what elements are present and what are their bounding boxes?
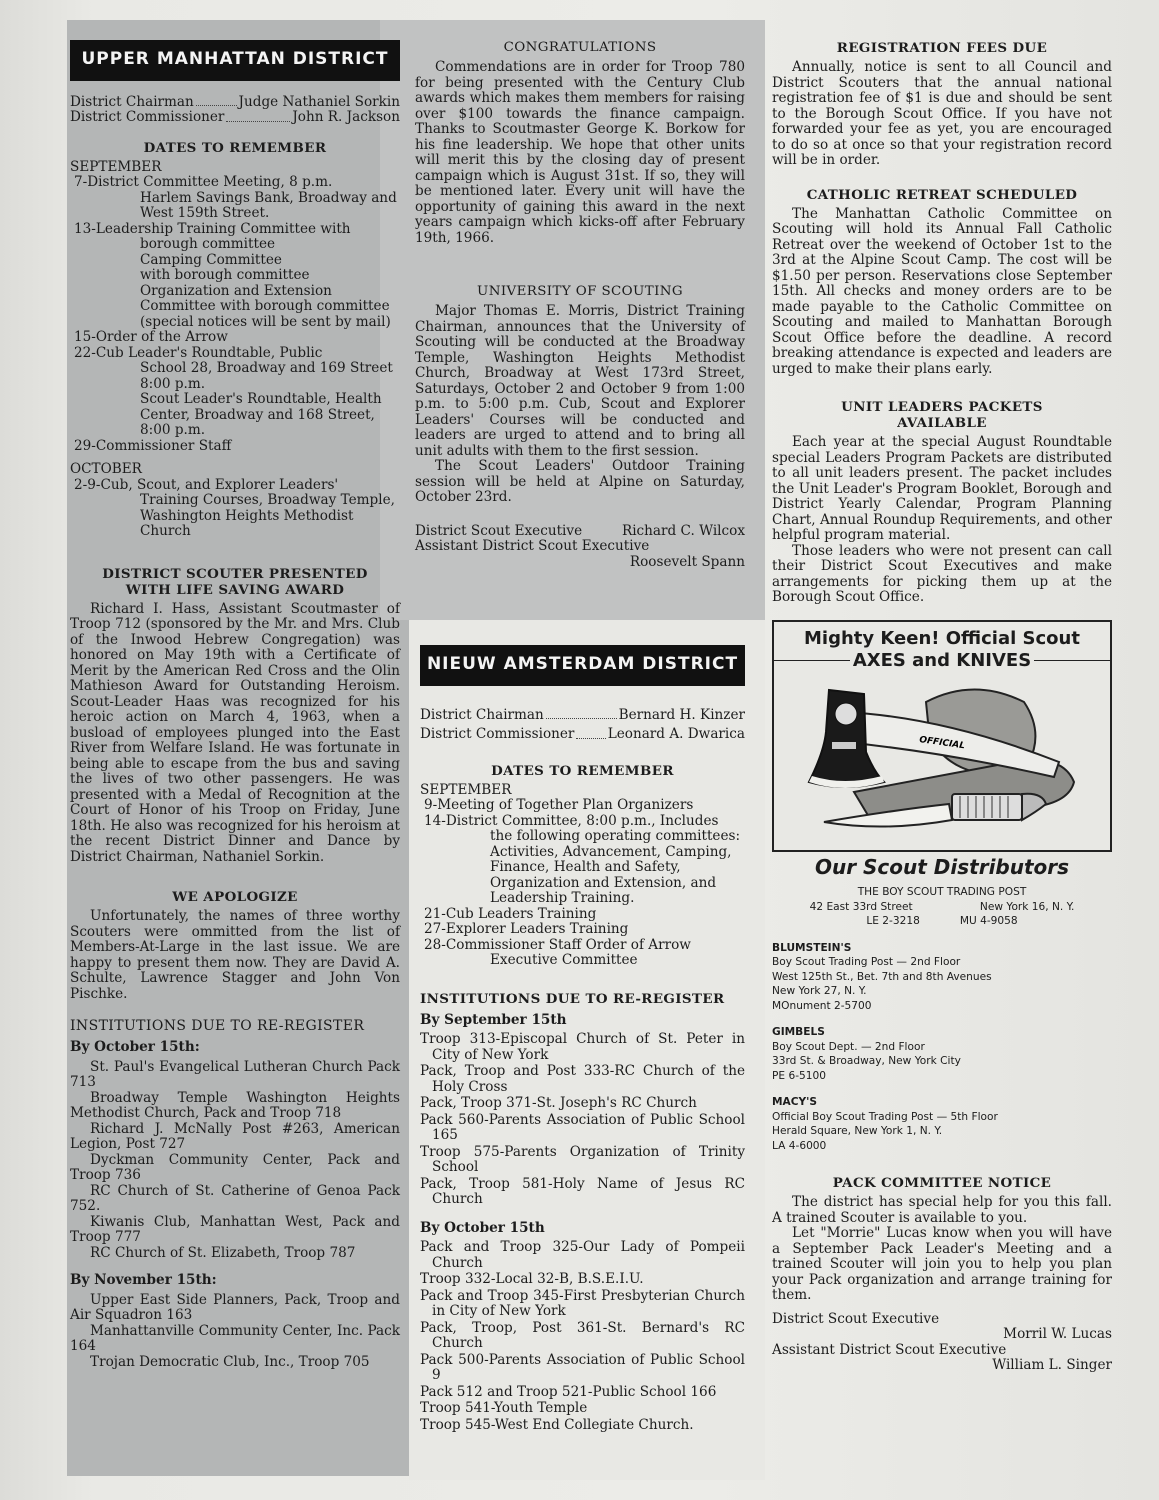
officer-commissioner: District CommissionerJohn R. Jackson xyxy=(70,110,400,126)
store-list: BLUMSTEIN'SBoy Scout Trading Post — 2nd … xyxy=(772,941,1112,1154)
date-entry-detail: 8:00 p.m. xyxy=(70,377,400,393)
institution-item: Upper East Side Planners, Pack, Troop an… xyxy=(70,1293,400,1324)
university-exec: District Scout Executive Richard C. Wilc… xyxy=(415,524,745,540)
officer-name: John R. Jackson xyxy=(292,110,400,126)
institution-item: Broadway Temple Washington Heights Metho… xyxy=(70,1091,400,1122)
date-entry-detail: Church xyxy=(70,524,400,540)
packets-body-2: Those leaders who were not present can c… xyxy=(772,544,1112,606)
institution-item: Kiwanis Club, Manhattan West, Pack and T… xyxy=(70,1215,400,1246)
pack-notice-body-2: Let "Morrie" Lucas know when you will ha… xyxy=(772,1226,1112,1304)
date-entry: 15-Order of the Arrow xyxy=(70,330,400,346)
dates-heading: DATES TO REMEMBER xyxy=(70,140,400,156)
pack-notice-heading: PACK COMMITTEE NOTICE xyxy=(772,1175,1112,1191)
officer-chairman: District ChairmanJudge Nathaniel Sorkin xyxy=(70,95,400,111)
pack-asst-name: William L. Singer xyxy=(772,1358,1112,1374)
university-asst-name: Roosevelt Spann xyxy=(415,555,745,571)
university-asst-role: Assistant District Scout Executive xyxy=(415,539,745,555)
fees-body: Annually, notice is sent to all Council … xyxy=(772,60,1112,169)
congrats-heading: CONGRATULATIONS xyxy=(415,40,745,56)
date-entry: 22-Cub Leader's Roundtable, Public xyxy=(70,346,400,362)
september-dates-list: 9-Meeting of Together Plan Organizers14-… xyxy=(420,798,745,969)
date-entry-detail: Organization and Extension, and xyxy=(420,876,745,892)
award-body: Richard I. Hass, Assistant Scoutmaster o… xyxy=(70,602,400,866)
award-heading: DISTRICT SCOUTER PRESENTED WITH LIFE SAV… xyxy=(70,566,400,598)
institution-item: Manhattanville Community Center, Inc. Pa… xyxy=(70,1324,400,1355)
institution-item: Troop 545-West End Collegiate Church. xyxy=(420,1418,745,1434)
pack-exec-name: Morril W. Lucas xyxy=(772,1327,1112,1343)
institution-item: Dyckman Community Center, Pack and Troop… xyxy=(70,1153,400,1184)
distributors-list: THE BOY SCOUT TRADING POST 42 East 33rd … xyxy=(772,885,1112,1153)
left-column: UPPER MANHATTAN DISTRICT District Chairm… xyxy=(70,40,400,1376)
reregister-list: By September 15thTroop 313-Episcopal Chu… xyxy=(420,1013,745,1441)
date-entry-detail: Activities, Advancement, Camping, xyxy=(420,845,745,861)
institution-item: Troop 575-Parents Organization of Trinit… xyxy=(420,1145,745,1176)
date-entry-detail: 8:00 p.m. xyxy=(70,423,400,439)
date-entry-detail: Leadership Training. xyxy=(420,891,745,907)
date-entry: 13-Leadership Training Committee with xyxy=(70,222,400,238)
officer-role: District Commissioner xyxy=(70,110,224,126)
newsletter-page: UPPER MANHATTAN DISTRICT District Chairm… xyxy=(0,0,1159,1500)
date-entry-detail: (special notices will be sent by mail) xyxy=(70,315,400,331)
axes-knives-ad: Mighty Keen! Official Scout AXES and KNI… xyxy=(772,620,1112,852)
apologize-heading: WE APOLOGIZE xyxy=(70,889,400,905)
store-entry: GIMBELSBoy Scout Dept. — 2nd Floor33rd S… xyxy=(772,1025,1112,1083)
apologize-body: Unfortunately, the names of three worthy… xyxy=(70,909,400,1002)
institution-item: Troop 541-Youth Temple xyxy=(420,1401,745,1417)
pack-asst-role: Assistant District Scout Executive xyxy=(772,1343,1112,1359)
institution-item: Pack 560-Parents Association of Public S… xyxy=(420,1113,745,1144)
officer-role: District Chairman xyxy=(70,95,194,111)
pack-exec-role: District Scout Executive xyxy=(772,1312,1112,1328)
distributors-heading: Our Scout Distributors xyxy=(772,860,1112,876)
university-heading: UNIVERSITY OF SCOUTING xyxy=(415,284,745,300)
date-entry-detail: School 28, Broadway and 169 Street xyxy=(70,361,400,377)
university-body-1: Major Thomas E. Morris, District Trainin… xyxy=(415,304,745,459)
date-entry: 21-Cub Leaders Training xyxy=(420,907,745,923)
date-entry-detail: borough committee xyxy=(70,237,400,253)
institution-item: Pack, Troop and Post 333-RC Church of th… xyxy=(420,1064,745,1095)
month-label: OCTOBER xyxy=(70,462,400,478)
date-entry-detail: Washington Heights Methodist xyxy=(70,509,400,525)
store-entry: BLUMSTEIN'SBoy Scout Trading Post — 2nd … xyxy=(772,941,1112,1014)
right-column: REGISTRATION FEES DUE Annually, notice i… xyxy=(772,40,1112,1374)
main-distributor-phones: LE 2-3218MU 4-9058 xyxy=(772,914,1112,929)
packets-heading: UNIT LEADERS PACKETS AVAILABLE xyxy=(772,399,1112,431)
institution-item: Pack, Troop 371-St. Joseph's RC Church xyxy=(420,1096,745,1112)
date-entry-detail: Organization and Extension xyxy=(70,284,400,300)
deadline-label: By September 15th xyxy=(420,1013,745,1029)
retreat-body: The Manhattan Catholic Committee on Scou… xyxy=(772,207,1112,378)
month-label: SEPTEMBER xyxy=(70,160,400,176)
date-entry-detail: West 159th Street. xyxy=(70,206,400,222)
institution-item: Pack, Troop 581-Holy Name of Jesus RC Ch… xyxy=(420,1177,745,1208)
date-entry: 28-Commissioner Staff Order of Arrow xyxy=(420,938,745,954)
date-entry: 29-Commissioner Staff xyxy=(70,439,400,455)
reregister-heading: INSTITUTIONS DUE TO RE-REGISTER xyxy=(420,991,745,1007)
date-entry-detail: the following operating committees: xyxy=(420,829,745,845)
institution-item: Pack 512 and Troop 521-Public School 166 xyxy=(420,1385,745,1401)
deadline-label: By November 15th: xyxy=(70,1273,400,1289)
date-entry-detail: with borough committee xyxy=(70,268,400,284)
date-entry-detail: Committee with borough committee xyxy=(70,299,400,315)
date-entry-detail: Harlem Savings Bank, Broadway and xyxy=(70,191,400,207)
officer-chairman: District ChairmanBernard H. Kinzer xyxy=(420,708,745,724)
deadline-label: By October 15th: xyxy=(70,1040,400,1056)
upper-manhattan-banner: UPPER MANHATTAN DISTRICT xyxy=(70,40,400,81)
reregister-heading: INSTITUTIONS DUE TO RE-REGISTER xyxy=(70,1018,400,1034)
institution-item: RC Church of St. Catherine of Genoa Pack… xyxy=(70,1184,400,1215)
date-entry-detail: Scout Leader's Roundtable, Health xyxy=(70,392,400,408)
pack-notice-body-1: The district has special help for you th… xyxy=(772,1195,1112,1226)
institution-item: Pack, Troop, Post 361-St. Bernard's RC C… xyxy=(420,1321,745,1352)
middle-column: CONGRATULATIONS Commendations are in ord… xyxy=(415,40,745,570)
retreat-heading: CATHOLIC RETREAT SCHEDULED xyxy=(772,187,1112,203)
university-body-2: The Scout Leaders' Outdoor Training sess… xyxy=(415,459,745,506)
fees-heading: REGISTRATION FEES DUE xyxy=(772,40,1112,56)
ad-title: Mighty Keen! Official Scout xyxy=(774,628,1110,650)
institution-item: St. Paul's Evangelical Lutheran Church P… xyxy=(70,1060,400,1091)
institution-item: RC Church of St. Elizabeth, Troop 787 xyxy=(70,1246,400,1262)
institution-item: Pack and Troop 345-First Presbyterian Ch… xyxy=(420,1289,745,1320)
nieuw-amsterdam-banner: NIEUW AMSTERDAM DISTRICT xyxy=(420,645,745,686)
institution-item: Troop 332-Local 32-B, B.S.E.I.U. xyxy=(420,1272,745,1288)
officer-commissioner: District CommissionerLeonard A. Dwarica xyxy=(420,727,745,743)
institution-item: Pack 500-Parents Association of Public S… xyxy=(420,1353,745,1384)
congrats-body: Commendations are in order for Troop 780… xyxy=(415,60,745,246)
nieuw-amsterdam-column: NIEUW AMSTERDAM DISTRICT District Chairm… xyxy=(420,645,745,1440)
date-entry: 2-9-Cub, Scout, and Explorer Leaders' xyxy=(70,478,400,494)
deadline-label: By October 15th xyxy=(420,1221,745,1237)
ad-subtitle: AXES and KNIVES xyxy=(774,650,1110,672)
packets-body-1: Each year at the special August Roundtab… xyxy=(772,435,1112,544)
institution-item: Troop 313-Episcopal Church of St. Peter … xyxy=(420,1032,745,1063)
date-entry: 27-Explorer Leaders Training xyxy=(420,922,745,938)
institution-item: Trojan Democratic Club, Inc., Troop 705 xyxy=(70,1355,400,1371)
axe-knife-illustration-icon: OFFICIAL xyxy=(774,672,1110,842)
institution-item: Richard J. McNally Post #263, American L… xyxy=(70,1122,400,1153)
date-entry-detail: Training Courses, Broadway Temple, xyxy=(70,493,400,509)
date-entry-detail: Finance, Health and Safety, xyxy=(420,860,745,876)
october-dates-list: 2-9-Cub, Scout, and Explorer Leaders'Tra… xyxy=(70,478,400,540)
date-entry: 9-Meeting of Together Plan Organizers xyxy=(420,798,745,814)
date-entry-detail: Center, Broadway and 168 Street, xyxy=(70,408,400,424)
month-label: SEPTEMBER xyxy=(420,783,745,799)
date-entry: 7-District Committee Meeting, 8 p.m. xyxy=(70,175,400,191)
date-entry-detail: Camping Committee xyxy=(70,253,400,269)
date-entry: 14-District Committee, 8:00 p.m., Includ… xyxy=(420,814,745,830)
officer-name: Judge Nathaniel Sorkin xyxy=(239,95,400,111)
store-entry: MACY'SOfficial Boy Scout Trading Post — … xyxy=(772,1095,1112,1153)
reregister-list: By October 15th:St. Paul's Evangelical L… xyxy=(70,1040,400,1376)
main-distributor-name: THE BOY SCOUT TRADING POST xyxy=(772,885,1112,900)
september-dates-list: 7-District Committee Meeting, 8 p.m.Harl… xyxy=(70,175,400,454)
dates-heading: DATES TO REMEMBER xyxy=(420,763,745,779)
institution-item: Pack and Troop 325-Our Lady of Pompeii C… xyxy=(420,1240,745,1271)
date-entry-detail: Executive Committee xyxy=(420,953,745,969)
main-distributor-address: 42 East 33rd StreetNew York 16, N. Y. xyxy=(772,900,1112,915)
